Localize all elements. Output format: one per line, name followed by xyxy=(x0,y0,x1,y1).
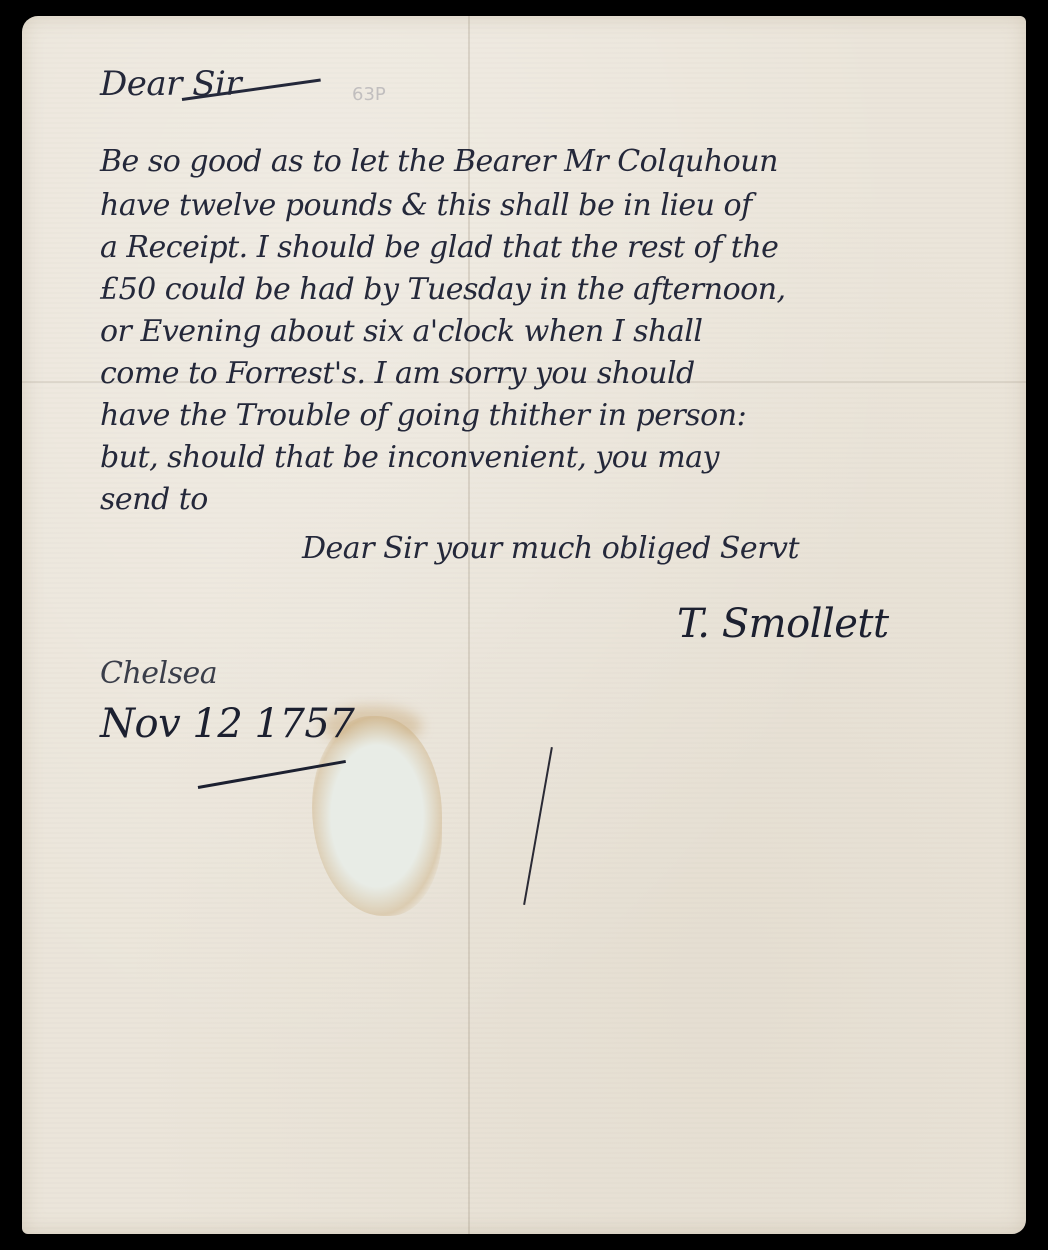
body-line-9: send to xyxy=(100,482,208,517)
date: Nov 12 1757 xyxy=(100,701,354,747)
letter-paper: 63P Dear Sir Be so good as to let the Be… xyxy=(22,16,1026,1234)
body-line-1: Be so good as to let the Bearer Mr Colqu… xyxy=(100,144,778,179)
body-line-5: or Evening about six a'clock when I shal… xyxy=(100,314,702,349)
body-line-3: a Receipt. I should be glad that the res… xyxy=(100,230,778,265)
body-line-2: have twelve pounds & this shall be in li… xyxy=(100,188,752,223)
body-line-7: have the Trouble of going thither in per… xyxy=(100,398,746,433)
body-line-6: come to Forrest's. I am sorry you should xyxy=(100,356,695,391)
ink-stroke-mark xyxy=(523,747,553,905)
body-line-8: but, should that be inconvenient, you ma… xyxy=(100,440,719,475)
closing: Dear Sir your much obliged Servt xyxy=(302,531,799,566)
archive-pencil-mark: 63P xyxy=(352,84,386,105)
body-line-4: £50 could be had by Tuesday in the after… xyxy=(100,272,786,307)
signature: T. Smollett xyxy=(677,601,889,647)
place: Chelsea xyxy=(100,656,217,691)
salutation: Dear Sir xyxy=(100,64,241,104)
